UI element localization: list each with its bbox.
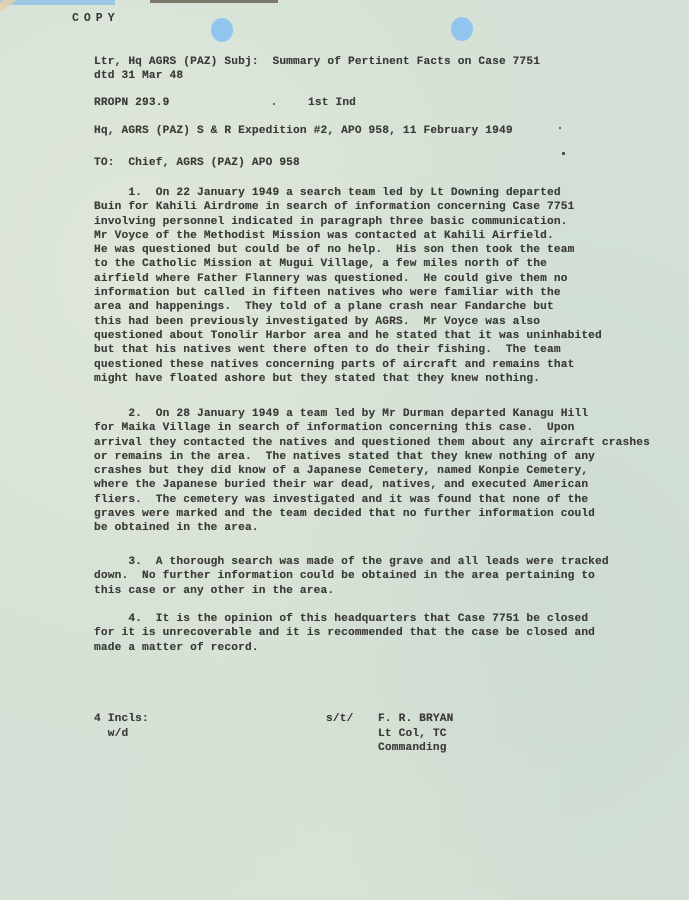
enclosures-count: 4 Incls:: [94, 712, 214, 727]
signer-name: F. R. BRYAN: [378, 712, 578, 727]
text-line: graves were marked and the team decided …: [94, 507, 689, 521]
copy-stamp: COPY: [72, 12, 120, 25]
text-line: Buin for Kahili Airdrome in search of in…: [94, 200, 689, 214]
signer-rank: Lt Col, TC: [378, 727, 578, 742]
text-line: airfield where Father Flannery was quest…: [94, 272, 689, 286]
text-line: arrival they contacted the natives and q…: [94, 436, 689, 450]
speck: [559, 127, 561, 129]
document-page: COPY Ltr, Hq AGRS (PAZ) Subj: Summary of…: [0, 0, 689, 900]
paragraph-3: 3. A thorough search was made of the gra…: [94, 555, 689, 598]
punch-hole-right: [451, 17, 473, 41]
text-line: 1. On 22 January 1949 a search team led …: [94, 186, 689, 200]
text-line: for Maika Village in search of informati…: [94, 421, 689, 435]
text-line: crashes but they did know of a Japanese …: [94, 464, 689, 478]
enclosures-note: w/d: [94, 727, 214, 742]
text-line: but that his natives went there often to…: [94, 343, 689, 357]
indorsement-label: 1st Ind: [308, 96, 356, 110]
text-line: where the Japanese buried their war dead…: [94, 478, 689, 492]
file-number: RROPN 293.9: [94, 96, 170, 110]
paragraph-4: 4. It is the opinion of this headquarter…: [94, 612, 689, 655]
text-line: for it is unrecoverable and it is recomm…: [94, 626, 689, 640]
origin-line: Hq, AGRS (PAZ) S & R Expedition #2, APO …: [94, 124, 513, 138]
speck: [273, 103, 275, 105]
scan-artifact-strip: [150, 0, 278, 3]
scan-artifact-blue: [0, 0, 115, 5]
text-line: 3. A thorough search was made of the gra…: [94, 555, 689, 569]
signature-block: F. R. BRYAN Lt Col, TC Commanding: [378, 712, 578, 756]
text-line: questioned about Tonolir Harbor area and…: [94, 329, 689, 343]
text-line: involving personnel indicated in paragra…: [94, 215, 689, 229]
text-line: this case or any other in the area.: [94, 584, 689, 598]
punch-hole-left: [211, 18, 233, 42]
text-line: fliers. The cemetery was investigated an…: [94, 493, 689, 507]
text-line: information but called in fifteen native…: [94, 286, 689, 300]
text-line: might have floated ashore but they state…: [94, 372, 689, 386]
addressee-line: TO: Chief, AGRS (PAZ) APO 958: [94, 156, 300, 170]
text-line: 4. It is the opinion of this headquarter…: [94, 612, 689, 626]
text-line: be obtained in the area.: [94, 521, 689, 535]
enclosures-block: 4 Incls: w/d: [94, 712, 214, 741]
paragraph-2: 2. On 28 January 1949 a team led by Mr D…: [94, 407, 689, 536]
reference-line-1: Ltr, Hq AGRS (PAZ) Subj: Summary of Pert…: [94, 55, 540, 69]
signature-mark: s/t/: [326, 712, 353, 726]
text-line: down. No further information could be ob…: [94, 569, 689, 583]
text-line: He was questioned but could be of no hel…: [94, 243, 689, 257]
paragraph-1: 1. On 22 January 1949 a search team led …: [94, 186, 689, 386]
text-line: made a matter of record.: [94, 641, 689, 655]
text-line: area and happenings. They told of a plan…: [94, 300, 689, 314]
text-line: this had been previously investigated by…: [94, 315, 689, 329]
speck: [562, 152, 565, 155]
text-line: to the Catholic Mission at Mugui Village…: [94, 257, 689, 271]
text-line: Mr Voyce of the Methodist Mission was co…: [94, 229, 689, 243]
signer-title: Commanding: [378, 741, 578, 756]
text-line: 2. On 28 January 1949 a team led by Mr D…: [94, 407, 689, 421]
text-line: questioned these natives concerning part…: [94, 358, 689, 372]
reference-line-2: dtd 31 Mar 48: [94, 69, 183, 83]
text-line: or remains in the area. The natives stat…: [94, 450, 689, 464]
